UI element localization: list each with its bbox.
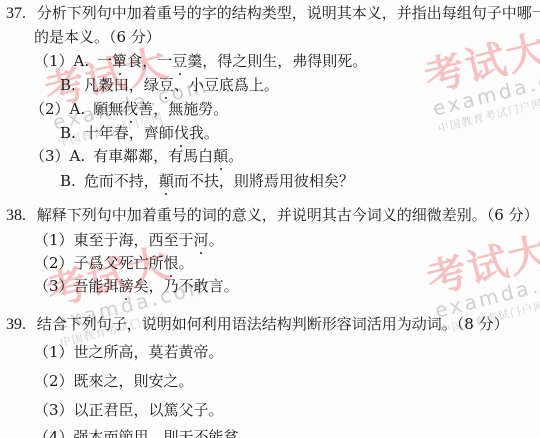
option-label: B. <box>60 124 76 142</box>
q37-group3-a: （3）A.有車鄰鄰，有馬白顛。 <box>30 147 243 165</box>
q37-group2-b: B.十年春，齊師伐我。 <box>60 124 219 142</box>
q39-item4: （4）强本而節用，則天不能貧。 <box>34 428 254 438</box>
emphasized-char: 豆 <box>172 52 187 70</box>
emphasized-char: 簞 <box>112 52 127 70</box>
option-label: B. <box>60 76 76 94</box>
item-label: （1） <box>34 231 74 249</box>
watermark-logo: 考试大 <box>418 9 540 103</box>
sentence-text: 一 <box>97 52 112 70</box>
item-label: （4） <box>34 428 74 438</box>
option-label: A. <box>70 147 86 165</box>
emphasized-char: 伐 <box>123 100 138 118</box>
sentence-text: 十年春，齊師 <box>84 124 174 142</box>
watermark-tagline: 中国教育考试门户网 <box>436 82 540 136</box>
watermark-site: examda.com <box>430 59 540 121</box>
emphasized-char: 謗 <box>119 277 134 295</box>
emphasized-char: 伐 <box>174 124 189 142</box>
question-number: 39. <box>6 316 26 333</box>
emphasized-char: 顛 <box>213 147 228 165</box>
question-prompt: 分析下列句中加着重号的字的结构类型，说明其本义，并指出每组句子中哪一句用 <box>37 4 540 22</box>
question-number: 38. <box>6 207 26 224</box>
emphasized-char: 河 <box>194 231 209 249</box>
watermark-site: examda.com <box>432 261 540 323</box>
sentence-text: 、小豆底爲上。 <box>174 76 279 94</box>
emphasized-char: 顛 <box>159 172 174 190</box>
watermark-right-top: 考试大 examda.com 中国教育考试门户网 <box>418 9 540 136</box>
item-label: （2） <box>34 254 74 272</box>
sentence-text: 。 <box>209 231 224 249</box>
q39-item1: （1）世之所高，莫若黄帝。 <box>34 343 224 361</box>
question-prompt: 解释下列句中加着重号的词的意义，并说明其古今词义的细微差别。（6 分） <box>37 206 539 224</box>
sentence-text: 强本而節用，則天不能貧。 <box>74 428 254 438</box>
q39-item2: （2）既來之，則安之。 <box>34 372 194 390</box>
sentence-text: 子爲父死亡所 <box>74 254 164 272</box>
item-label: （3） <box>34 401 74 419</box>
question-number: 37. <box>6 5 26 22</box>
sentence-text: 危而不持， <box>84 172 159 190</box>
q38-prompt: 38. 解释下列句中加着重号的词的意义，并说明其古今词义的细微差别。（6 分） <box>6 206 539 225</box>
emphasized-char: 豆 <box>159 76 174 94</box>
watermark-logo: 考试大 <box>420 211 540 305</box>
sentence-text: 。 <box>179 254 194 272</box>
q37-prompt-line1: 37. 分析下列句中加着重号的字的结构类型，说明其本义，并指出每组句子中哪一句用 <box>6 4 540 23</box>
item-label: （2） <box>34 372 74 390</box>
sentence-text: 東至于海，西至于 <box>74 231 194 249</box>
q37-group1-a: （1）A.一簞食，一豆羹，得之則生，弗得則死。 <box>34 52 367 70</box>
sentence-text: 吾能弭 <box>74 277 119 295</box>
group-label: （3） <box>30 147 70 165</box>
q37-group1-b: B.凡穀田，绿豆、小豆底爲上。 <box>60 76 279 94</box>
sentence-text: 凡穀田，绿 <box>84 76 159 94</box>
q39-item3: （3）以正君臣，以篤父子。 <box>34 401 224 419</box>
q39-prompt: 39. 结合下列句子，说明如何利用语法结构判断形容词活用为动词。（8 分） <box>6 315 509 334</box>
q38-item3: （3）吾能弭謗矣，乃不敢言。 <box>34 277 239 295</box>
sentence-text: 矣，乃不敢言。 <box>134 277 239 295</box>
group-label: （1） <box>34 52 74 70</box>
sentence-text: 既來之，則安之。 <box>74 372 194 390</box>
sentence-text: 願無 <box>93 100 123 118</box>
sentence-text: 。 <box>228 147 243 165</box>
sentence-text: 食，一 <box>127 52 172 70</box>
sentence-text: 我。 <box>189 124 219 142</box>
question-prompt: 结合下列句子，说明如何利用语法结构判断形容词活用为动词。（8 分） <box>37 315 509 333</box>
q37-prompt-line2: 的是本义。（6 分） <box>34 28 161 46</box>
sentence-text: 以正君臣，以篤父子。 <box>74 401 224 419</box>
sentence-text: 羹，得之則生，弗得則死。 <box>187 52 367 70</box>
sentence-text: 世之所高，莫若黄帝。 <box>74 343 224 361</box>
sentence-text: 而不扶，則將焉用彼相矣？ <box>174 172 354 190</box>
emphasized-char: 恨 <box>164 254 179 272</box>
q38-item2: （2）子爲父死亡所恨。 <box>34 254 194 272</box>
q38-item1: （1）東至于海，西至于河。 <box>34 231 224 249</box>
item-label: （1） <box>34 343 74 361</box>
option-label: A. <box>74 52 90 70</box>
q37-group3-b: B.危而不持，顛而不扶，則將焉用彼相矣？ <box>60 172 354 190</box>
option-label: B. <box>60 172 76 190</box>
sentence-text: 善，無施勞。 <box>138 100 228 118</box>
item-label: （3） <box>34 277 74 295</box>
group-label: （2） <box>30 100 70 118</box>
option-label: A. <box>70 100 86 118</box>
question-prompt-cont: 的是本义。（6 分） <box>34 28 161 46</box>
q37-group2-a: （2）A.願無伐善，無施勞。 <box>30 100 228 118</box>
sentence-text: 有車鄰鄰，有馬白 <box>93 147 213 165</box>
